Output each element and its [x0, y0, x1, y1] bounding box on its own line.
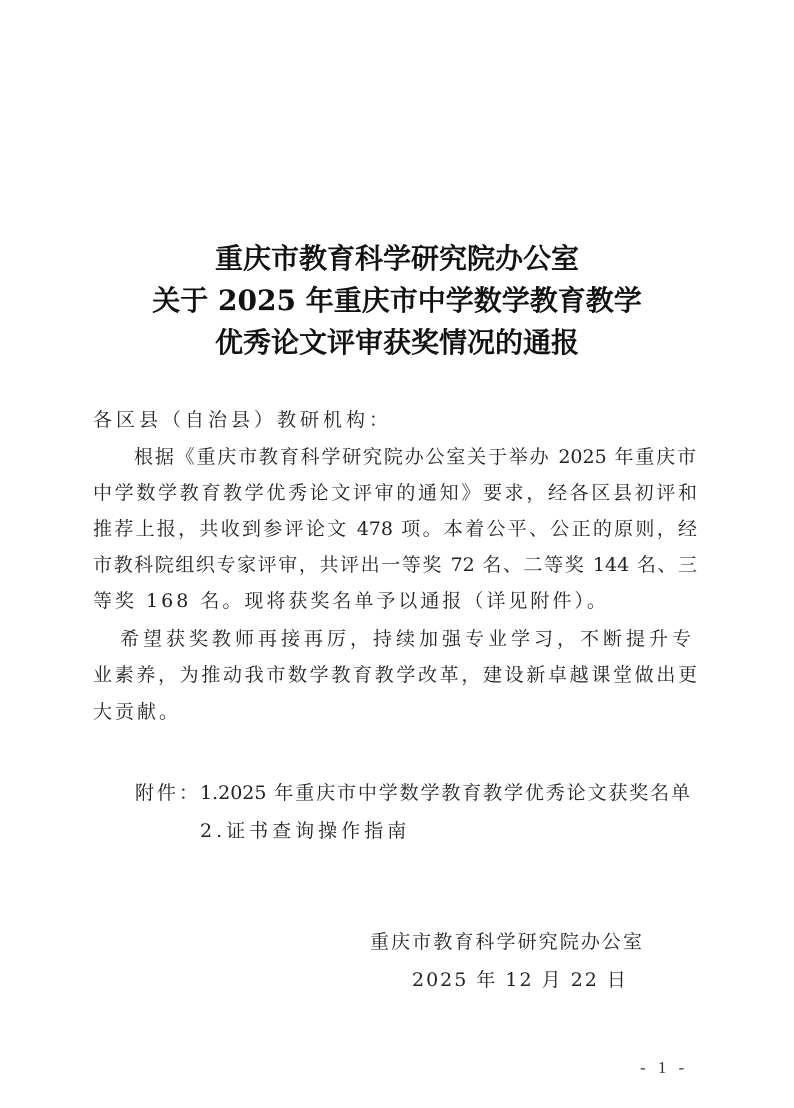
- paragraph-1-line-4: 市教科院组织专家评审，共评出一等奖 72 名、二等奖 144 名、三: [93, 553, 697, 577]
- paragraph-1-line-5: 等奖 168 名。现将获奖名单予以通报（详见附件）。: [93, 589, 697, 613]
- attachment-item-2: 2.证书查询操作指南: [200, 819, 410, 843]
- salutation: 各区县（自治县）教研机构：: [93, 408, 697, 432]
- attachment-item-1: 1.2025 年重庆市中学数学教育教学优秀论文获奖名单: [200, 781, 690, 805]
- title-line-1: 重庆市教育科学研究院办公室: [0, 238, 794, 280]
- signature-date: 2025 年 12 月 22 日: [412, 968, 628, 992]
- paragraph-2-line-2: 业素养，为推动我市数学教育教学改革，建设新卓越课堂做出更: [93, 663, 697, 687]
- paragraph-2-line-3: 大贡献。: [93, 700, 697, 724]
- page-number: - 1 -: [640, 1058, 688, 1078]
- attachments-label: 附件：: [135, 781, 201, 805]
- signature-organization: 重庆市教育科学研究院办公室: [370, 930, 642, 954]
- paragraph-1-line-1: 根据《重庆市教育科学研究院办公室关于举办 2025 年重庆市: [134, 445, 696, 469]
- paragraph-1-line-3: 推荐上报，共收到参评论文 478 项。本着公平、公正的原则，经: [93, 517, 697, 541]
- title-line-2: 关于 2025 年重庆市中学数学教育教学: [0, 280, 794, 322]
- title-line-3: 优秀论文评审获奖情况的通报: [0, 322, 794, 364]
- document-title: 重庆市教育科学研究院办公室 关于 2025 年重庆市中学数学教育教学 优秀论文评…: [0, 238, 794, 364]
- document-page: 重庆市教育科学研究院办公室 关于 2025 年重庆市中学数学教育教学 优秀论文评…: [0, 0, 794, 1108]
- paragraph-2-line-1: 希望获奖教师再接再厉，持续加强专业学习，不断提升专: [120, 627, 660, 651]
- paragraph-1-line-2: 中学数学教育教学优秀论文评审的通知》要求，经各区县初评和: [93, 481, 697, 505]
